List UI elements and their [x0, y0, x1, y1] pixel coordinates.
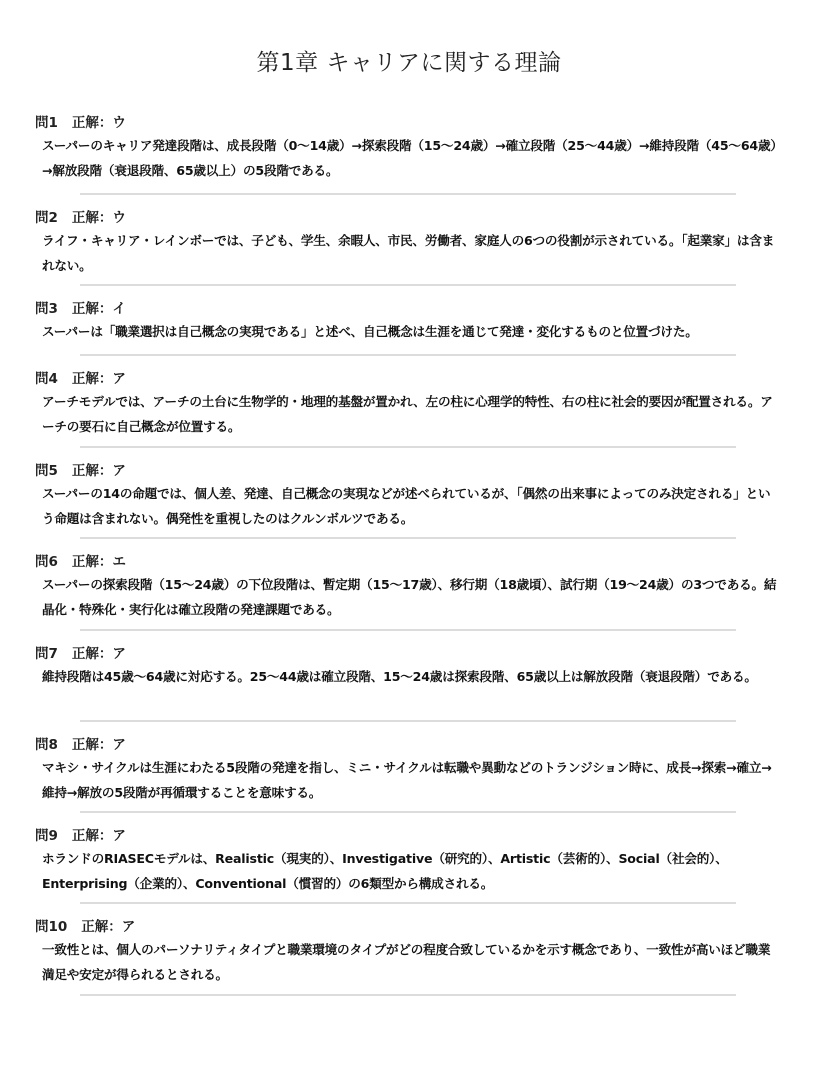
question-header: 問3正解：イ [35, 298, 780, 320]
divider [80, 537, 736, 539]
question-header: 問4正解：ア [35, 368, 780, 390]
explanation-text: スーパーの14の命題では、個人差、発達、自己概念の実現などが述べられているが、「… [42, 482, 780, 531]
question-block-4: 問4正解：ア アーチモデルでは、アーチの土台に生物学的・地理的基盤が置かれ、左の… [35, 368, 780, 446]
question-number: 問3 [35, 298, 58, 320]
answer-label: 正解： [72, 643, 113, 665]
question-block-5: 問5正解：ア スーパーの14の命題では、個人差、発達、自己概念の実現などが述べら… [35, 460, 780, 537]
question-number: 問9 [35, 825, 58, 847]
explanation-text: マキシ・サイクルは生涯にわたる5段階の発達を指し、ミニ・サイクルは転職や異動など… [42, 756, 780, 805]
correct-answer: ア [122, 919, 136, 935]
question-block-8: 問8正解：ア マキシ・サイクルは生涯にわたる5段階の発達を指し、ミニ・サイクルは… [35, 734, 780, 811]
divider [80, 446, 736, 448]
question-header: 問2正解：ウ [35, 207, 780, 229]
correct-answer: ア [112, 371, 126, 387]
question-block-9: 問9正解：ア ホランドのRIASECモデルは、Realistic（現実的）、In… [35, 825, 780, 902]
question-number: 問1 [35, 112, 58, 134]
correct-answer: ウ [112, 210, 126, 226]
question-block-7: 問7正解：ア 維持段階は45歳〜64歳に対応する。25〜44歳は確立段階、15〜… [35, 643, 780, 720]
explanation-text: 維持段階は45歳〜64歳に対応する。25〜44歳は確立段階、15〜24歳は探索段… [42, 665, 780, 690]
explanation-text: スーパーのキャリア発達段階は、成長段階（0〜14歳）→探索段階（15〜24歳）→… [42, 134, 780, 183]
correct-answer: イ [112, 301, 126, 317]
question-block-10: 問10正解：ア 一致性とは、個人のパーソナリティタイプと職業環境のタイプがどの程… [35, 916, 780, 994]
explanation-text: スーパーは「職業選択は自己概念の実現である」と述べ、自己概念は生涯を通じて発達・… [42, 320, 780, 345]
answer-label: 正解： [72, 734, 113, 756]
question-header: 問7正解：ア [35, 643, 780, 665]
answer-label: 正解： [81, 916, 122, 938]
answer-label: 正解： [72, 551, 113, 573]
divider [80, 902, 736, 904]
correct-answer: ア [112, 828, 126, 844]
correct-answer: ア [112, 646, 126, 662]
answer-label: 正解： [72, 368, 113, 390]
answer-label: 正解： [72, 112, 113, 134]
explanation-text: ライフ・キャリア・レインボーでは、子ども、学生、余暇人、市民、労働者、家庭人の6… [42, 229, 780, 278]
divider [80, 994, 736, 996]
divider [80, 629, 736, 631]
divider [80, 811, 736, 813]
divider [80, 284, 736, 286]
question-number: 問5 [35, 460, 58, 482]
answer-label: 正解： [72, 825, 113, 847]
explanation-text: 一致性とは、個人のパーソナリティタイプと職業環境のタイプがどの程度合致しているか… [42, 938, 780, 987]
question-header: 問1正解：ウ [35, 112, 780, 134]
question-number: 問7 [35, 643, 58, 665]
correct-answer: ア [112, 463, 126, 479]
question-block-3: 問3正解：イ スーパーは「職業選択は自己概念の実現である」と述べ、自己概念は生涯… [35, 298, 780, 354]
divider [80, 354, 736, 356]
question-list: 問1正解：ウ スーパーのキャリア発達段階は、成長段階（0〜14歳）→探索段階（1… [35, 112, 780, 996]
answer-label: 正解： [72, 207, 113, 229]
answer-sheet-page: 第1章 キャリアに関する理論 問1正解：ウ スーパーのキャリア発達段階は、成長段… [0, 0, 830, 1080]
question-number: 問8 [35, 734, 58, 756]
answer-label: 正解： [72, 460, 113, 482]
explanation-text: ホランドのRIASECモデルは、Realistic（現実的）、Investiga… [42, 847, 780, 896]
divider [80, 193, 736, 195]
question-block-6: 問6正解：エ スーパーの探索段階（15〜24歳）の下位段階は、暫定期（15〜17… [35, 551, 780, 629]
page-title: 第1章 キャリアに関する理論 [0, 44, 818, 77]
question-block-1: 問1正解：ウ スーパーのキャリア発達段階は、成長段階（0〜14歳）→探索段階（1… [35, 112, 780, 193]
question-header: 問8正解：ア [35, 734, 780, 756]
answer-label: 正解： [72, 298, 113, 320]
question-number: 問4 [35, 368, 58, 390]
correct-answer: ウ [112, 115, 126, 131]
explanation-text: アーチモデルでは、アーチの土台に生物学的・地理的基盤が置かれ、左の柱に心理学的特… [42, 390, 780, 439]
correct-answer: ア [112, 737, 126, 753]
question-block-2: 問2正解：ウ ライフ・キャリア・レインボーでは、子ども、学生、余暇人、市民、労働… [35, 207, 780, 284]
question-number: 問10 [35, 916, 67, 938]
divider [80, 720, 736, 722]
question-header: 問5正解：ア [35, 460, 780, 482]
question-header: 問9正解：ア [35, 825, 780, 847]
question-number: 問2 [35, 207, 58, 229]
correct-answer: エ [112, 554, 126, 570]
question-header: 問10正解：ア [35, 916, 780, 938]
question-header: 問6正解：エ [35, 551, 780, 573]
question-number: 問6 [35, 551, 58, 573]
explanation-text: スーパーの探索段階（15〜24歳）の下位段階は、暫定期（15〜17歳）、移行期（… [42, 573, 780, 622]
